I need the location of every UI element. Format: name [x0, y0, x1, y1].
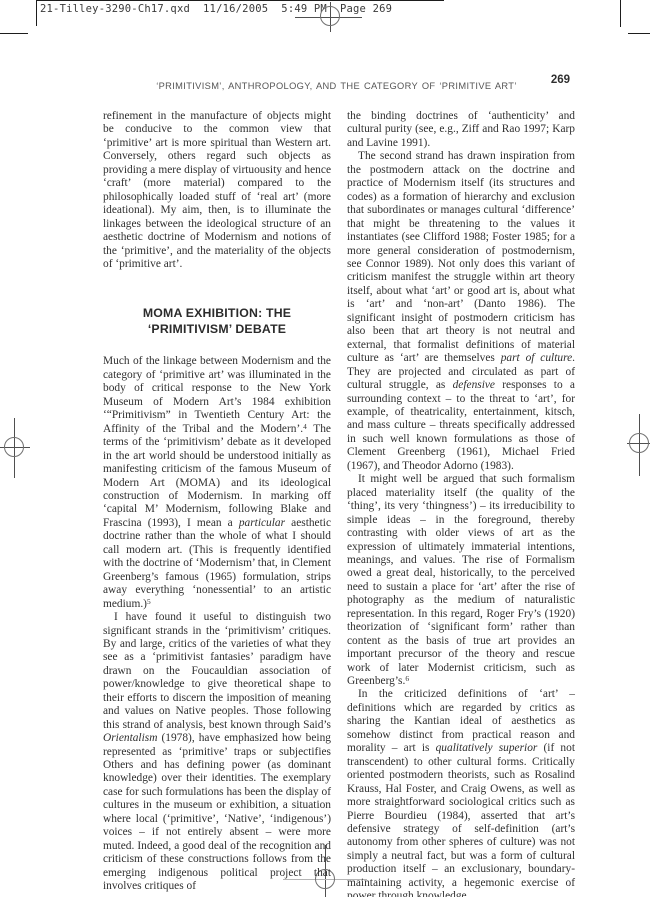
crop-mark-top-left-horizontal	[0, 33, 28, 34]
right-column-paragraphs: the binding doctrines of ‘authenticity’ …	[347, 110, 575, 897]
page-edge-line	[36, 0, 444, 1]
registration-mark-top-circle	[320, 6, 340, 26]
page-number: 269	[551, 74, 570, 86]
paragraph: It might well be argued that such formal…	[347, 473, 575, 688]
section-heading-line2: ‘PRIMITIVISM’ DEBATE	[148, 322, 286, 336]
left-column: refinement in the manufacture of objects…	[103, 110, 331, 894]
paragraph: Much of the linkage between Modernism an…	[103, 355, 331, 611]
paragraph: In the criticized definitions of ‘art’ –…	[347, 688, 575, 897]
right-column: the binding doctrines of ‘authenticity’ …	[347, 110, 575, 897]
left-column-top-paragraphs: refinement in the manufacture of objects…	[103, 110, 331, 271]
running-head-title: ‘PRIMITIVISM’, ANTHROPOLOGY, AND THE CAT…	[156, 81, 517, 91]
crop-mark-top-right-vertical	[620, 0, 621, 27]
section-heading: MOMA EXHIBITION: THE ‘PRIMITIVISM’ DEBAT…	[103, 305, 331, 337]
registration-mark-right-circle	[629, 433, 649, 453]
registration-mark-left-circle	[4, 437, 24, 457]
section-heading-line1: MOMA EXHIBITION: THE	[143, 306, 291, 320]
crop-mark-top-left-vertical	[36, 0, 37, 26]
scanned-page: 21-Tilley-3290-Ch17.qxd 11/16/2005 5:49 …	[0, 0, 650, 897]
paragraph: refinement in the manufacture of objects…	[103, 110, 331, 271]
left-column-bottom-paragraphs: Much of the linkage between Modernism an…	[103, 355, 331, 893]
paragraph: the binding doctrines of ‘authenticity’ …	[347, 110, 575, 150]
paragraph: I have found it useful to distinguish tw…	[103, 611, 331, 894]
crop-mark-top-right-horizontal	[628, 33, 650, 34]
running-head: ‘PRIMITIVISM’, ANTHROPOLOGY, AND THE CAT…	[103, 76, 570, 94]
paragraph: The second strand has drawn inspiration …	[347, 150, 575, 473]
